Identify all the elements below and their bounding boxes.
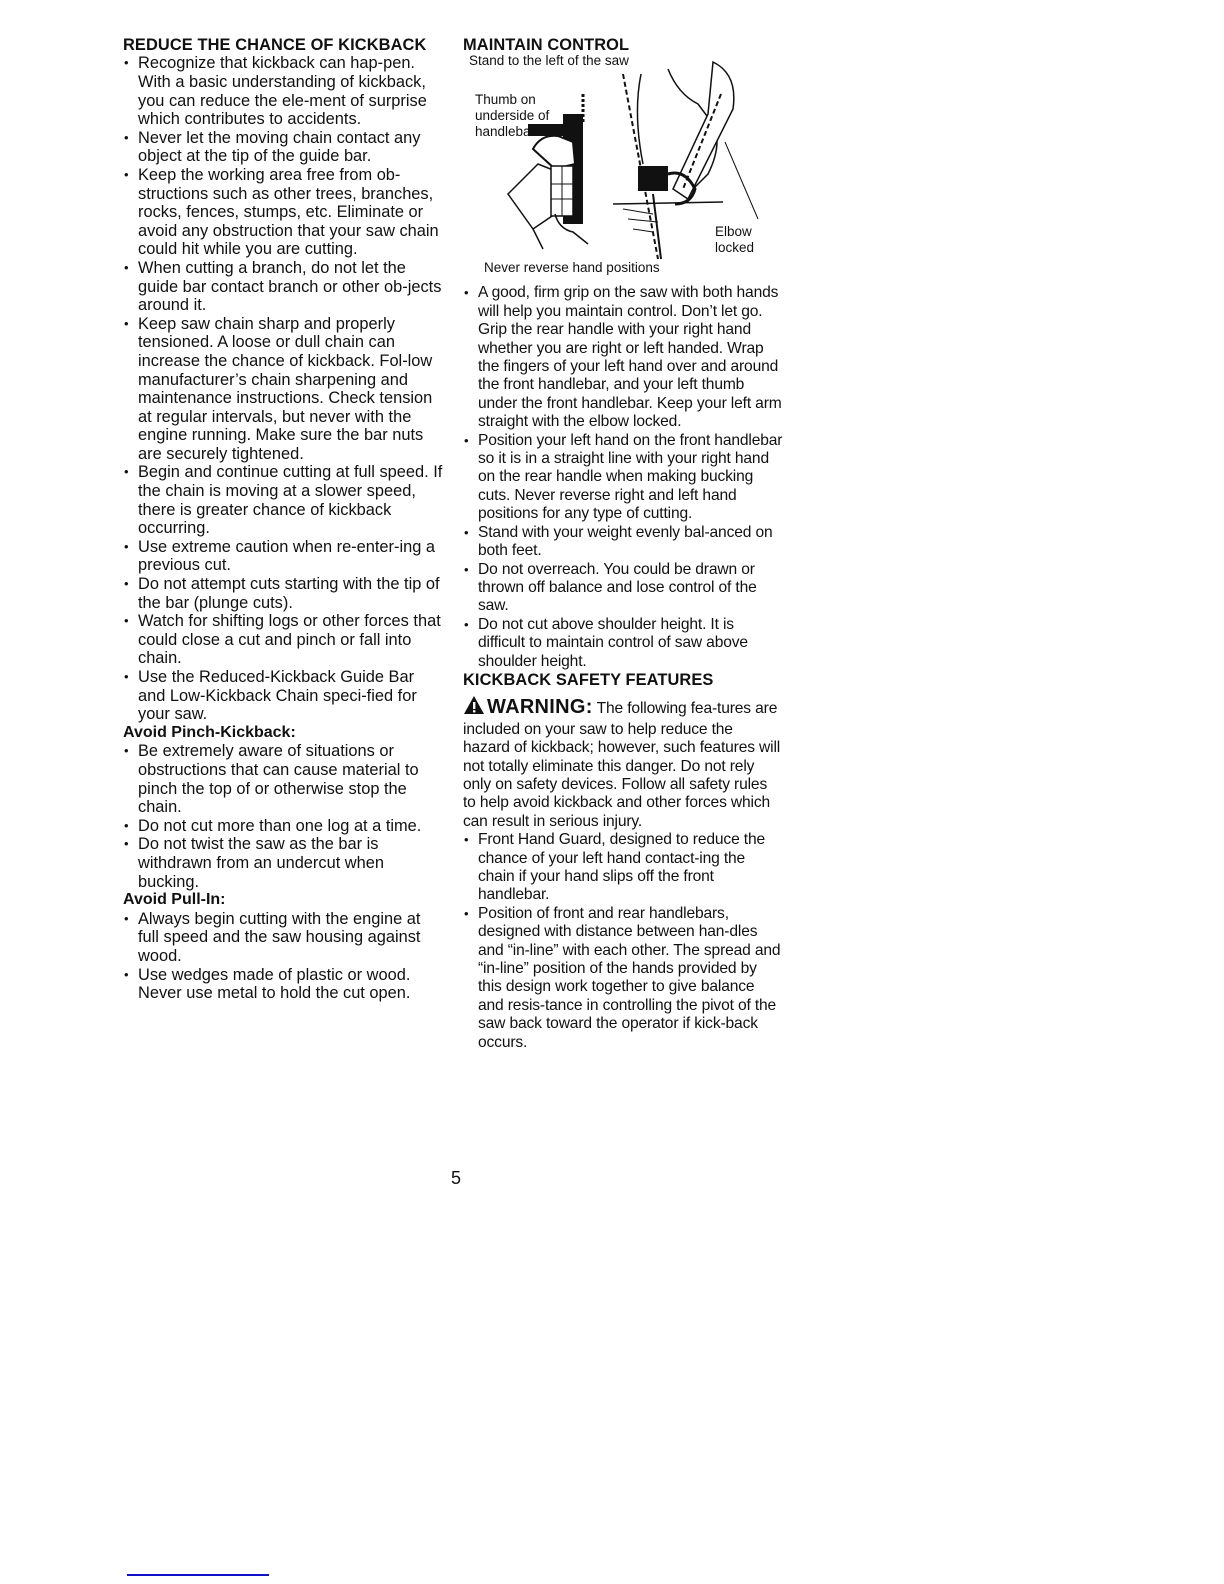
list-item: Do not cut above shoulder height. It is … xyxy=(463,616,783,671)
warning-block: WARNING: The following fea-tures are inc… xyxy=(463,695,783,831)
list-item: Do not twist the saw as the bar is withd… xyxy=(123,835,443,891)
list-item: Stand with your weight evenly bal-anced … xyxy=(463,524,783,561)
list-item: Position your left hand on the front han… xyxy=(463,432,783,524)
list-item: Use wedges made of plastic or wood. Neve… xyxy=(123,966,443,1003)
list-item: Do not cut more than one log at a time. xyxy=(123,817,443,836)
list-item: Keep the working area free from ob-struc… xyxy=(123,166,443,259)
right-column: MAINTAIN CONTROL xyxy=(463,36,783,1052)
kickback-bullet-list: Recognize that kickback can hap-pen. Wit… xyxy=(123,54,443,723)
pullin-bullet-list: Always begin cutting with the engine at … xyxy=(123,910,443,1003)
list-item: Position of front and rear handlebars, d… xyxy=(463,905,783,1052)
figure-label-thumb: Thumb on underside of handlebar xyxy=(475,92,570,140)
list-item: Always begin cutting with the engine at … xyxy=(123,910,443,966)
left-column: REDUCE THE CHANCE OF KICKBACK Recognize … xyxy=(123,36,443,1003)
list-item: A good, firm grip on the saw with both h… xyxy=(463,284,783,431)
list-item: Be extremely aware of situations or obst… xyxy=(123,742,443,816)
list-item: Begin and continue cutting at full speed… xyxy=(123,463,443,537)
safety-features-bullet-list: Front Hand Guard, designed to reduce the… xyxy=(463,831,783,1052)
figure-caption-never-reverse: Never reverse hand positions xyxy=(484,261,660,275)
list-item: Use the Reduced-Kickback Guide Bar and L… xyxy=(123,668,443,724)
section-heading-kickback-safety-features: KICKBACK SAFETY FEATURES xyxy=(463,671,783,689)
list-item: Do not overreach. You could be drawn or … xyxy=(463,561,783,616)
list-item: Do not attempt cuts starting with the ti… xyxy=(123,575,443,612)
list-item: Front Hand Guard, designed to reduce the… xyxy=(463,831,783,905)
list-item: Keep saw chain sharp and properly tensio… xyxy=(123,315,443,464)
pinch-bullet-list: Be extremely aware of situations or obst… xyxy=(123,742,443,891)
figure-caption-stand-left: Stand to the left of the saw xyxy=(469,54,629,68)
link-underline-divider xyxy=(127,1574,269,1576)
list-item: When cutting a branch, do not let the gu… xyxy=(123,259,443,315)
list-item: Use extreme caution when re-enter-ing a … xyxy=(123,538,443,575)
section-heading-maintain-control: MAINTAIN CONTROL xyxy=(463,36,783,54)
figure-label-elbow: Elbow locked xyxy=(715,224,765,256)
subheading-pull-in: Avoid Pull-In: xyxy=(123,891,443,910)
list-item: Watch for shifting logs or other forces … xyxy=(123,612,443,668)
list-item: Recognize that kickback can hap-pen. Wit… xyxy=(123,54,443,128)
hand-position-illustration: Stand to the left of the saw Thumb on un… xyxy=(463,54,773,280)
control-bullet-list: A good, firm grip on the saw with both h… xyxy=(463,284,783,671)
section-heading-reduce-kickback: REDUCE THE CHANCE OF KICKBACK xyxy=(123,36,443,54)
page-number: 5 xyxy=(451,1168,461,1189)
warning-triangle-icon xyxy=(463,695,485,720)
warning-text: The following fea-tures are included on … xyxy=(463,700,780,829)
subheading-pinch-kickback: Avoid Pinch-Kickback: xyxy=(123,724,443,743)
warning-label: WARNING: xyxy=(487,696,593,718)
list-item: Never let the moving chain contact any o… xyxy=(123,129,443,166)
